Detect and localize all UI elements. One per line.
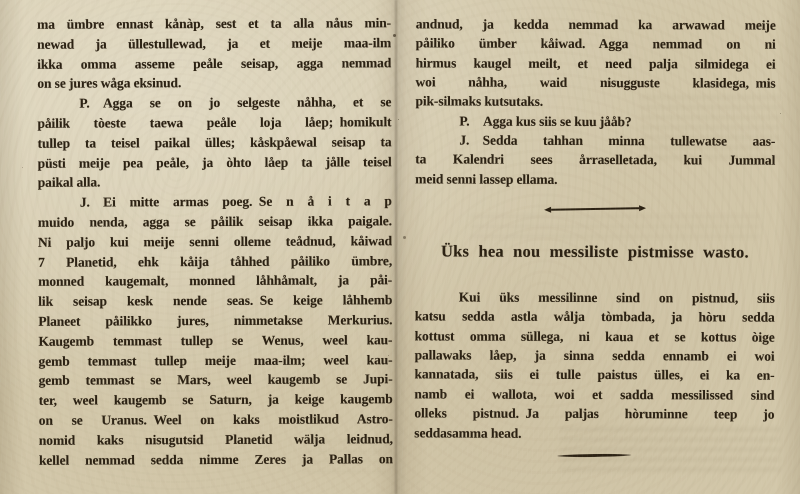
text-line: paikal alla. [38,172,392,193]
page-gutter-crease [394,0,398,494]
text-line: lik seisap kesk nende seas. Se keige låh… [38,290,392,311]
text-line: påiliko ümber kåiwad. Agga nemmad on ni [416,34,776,55]
text-line: muido nenda, agga se påilik seisap ikka … [38,211,392,232]
end-divider-rule [557,453,631,457]
text-line: pik-silmaks kutsutaks. [415,92,775,113]
text-line: on se jures wåga eksinud. [37,73,391,94]
text-line: andnud, ja kedda nemmad ka arwawad meije [416,14,776,35]
text-line: Planeet påilikko jures, nimmetakse Merku… [38,310,392,331]
section-divider-arrow-rule [415,201,775,216]
text-line: kottust omma süllega, ni kaua et se kott… [415,326,775,347]
text-line: kannatada, siis ei tulle paistus ülles, … [414,365,774,386]
text-line: tullep ta teisel paikal ülles; kåskpåewa… [38,132,392,153]
text-line: ta Kalendri sees årraselletada, kui Jumm… [415,150,775,171]
text-line: Kui üks messilinne sind on pistnud, siis [415,287,775,308]
text-line: ma ümbre ennast kånàp, sest et ta alla n… [37,13,391,34]
right-page-body-text: Kui üks messilinne sind on pistnud, siis… [414,287,775,443]
text-line: on se Uranus. Weel on kaks moistlikud As… [39,409,393,430]
text-line: påilik tòeste taewa peåle loja låep; hom… [37,112,391,133]
right-page-top-text: andnud, ja kedda nemmad ka arwawad meije… [415,14,776,189]
section-heading: Üks hea nou messiliste pistmisse wasto. [415,240,775,263]
text-line: Ni paljo kui meije senni olleme teådnud,… [38,231,392,252]
text-line: ter, weel kaugemb se Saturn, ja keige ka… [39,389,393,410]
text-line: 7 Planetid, ehk kåija tåhhed påiliko ümb… [38,251,392,272]
text-line: J. Ei mitte armas poeg. Se n å i t a p [38,191,392,212]
text-line: gemb temmast tullep meije maa-ilm; weel … [38,350,392,371]
text-line: namb ei wallota, woi et sadda messilisse… [414,384,774,405]
text-line: woi nåhha, waid nisugguste klasidega, mi… [416,72,776,93]
text-line: nomid kaks nisugutsid Planetid wälja lei… [39,429,393,450]
text-line: J. Sedda tahhan minna tullewatse aas- [415,130,775,151]
right-page: andnud, ja kedda nemmad ka arwawad meije… [414,14,776,457]
text-line: monned kaugemalt, monned låhhåmalt, ja p… [38,271,392,292]
text-line: P. Agga se on jo selgeste nåhha, et se [37,92,391,113]
left-page-text: ma ümbre ennast kånàp, sest et ta alla n… [37,13,393,470]
text-line: seddasamma head. [414,423,774,444]
text-line: püsti meije pea peåle, ja òhto låep ta j… [38,152,392,173]
ink-speck [393,34,396,37]
text-line: gemb temmast se Mars, weel kaugemb se Ju… [39,370,393,391]
text-line: ikka omma asseme peåle seisap, agga nemm… [37,53,391,74]
text-line: P. Agga kus siis se kuu jååb? [415,111,775,132]
arrow-left-icon [544,206,551,212]
divider-rule [551,207,639,211]
left-page: ma ümbre ennast kånàp, sest et ta alla n… [37,13,393,470]
text-line: Kaugemb temmast tullep se Wenus, weel ka… [38,330,392,351]
text-line: meid senni lassep ellama. [415,169,775,190]
book-scan: ma ümbre ennast kånàp, sest et ta alla n… [0,0,800,494]
text-line: olleks pistnud. Ja paljas hòruminne teep… [414,404,774,425]
text-line: pallawaks låep, ja sinna sedda ennamb ei… [415,345,775,366]
text-line: katsu sedda astla wålja tòmbada, ja hòru… [415,307,775,328]
text-line: newad ja üllestullewad, ja et meije maa-… [37,33,391,54]
text-line: kellel nemmad sedda nimme Zeres ja Palla… [39,449,393,470]
text-line: hirmus kaugel meilt, et need palja silmi… [416,53,776,74]
arrow-right-icon [639,205,646,211]
